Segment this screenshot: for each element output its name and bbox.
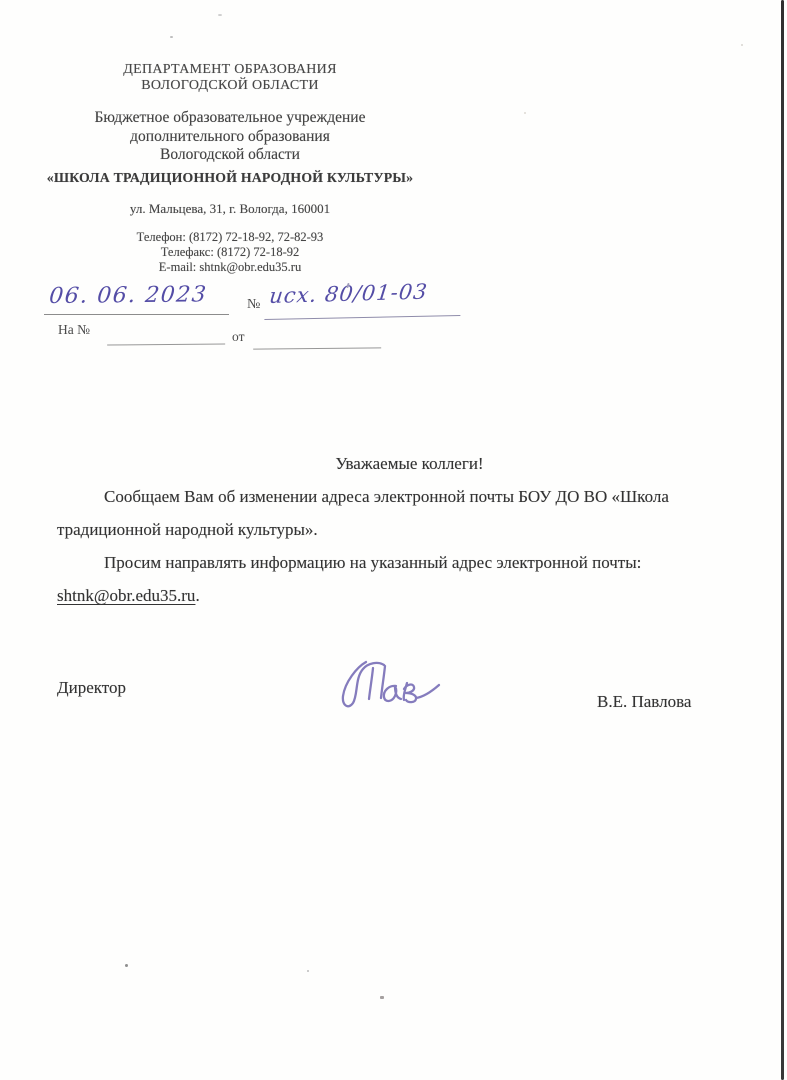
paragraph-email-change: Сообщаем Вам об изменении адреса электро… (57, 480, 715, 546)
contact-block: Телефон: (8172) 72-18-92, 72-82-93 Телеф… (30, 230, 430, 275)
phone-line: Телефон: (8172) 72-18-92, 72-82-93 (30, 230, 430, 245)
scan-speck (218, 14, 222, 16)
new-email-address: shtnk@obr.edu35.ru (57, 586, 195, 605)
paragraph-request-text: Просим направлять информацию на указанны… (104, 553, 641, 572)
letter-body: Уважаемые коллеги! Сообщаем Вам об измен… (57, 447, 715, 612)
organization-name: «ШКОЛА ТРАДИЦИОННОЙ НАРОДНОЙ КУЛЬТУРЫ» (30, 169, 430, 186)
department-name-line2: ВОЛОГОДСКОЙ ОБЛАСТИ (30, 78, 430, 94)
organization-type-line1: Бюджетное образовательное учреждение (30, 109, 430, 128)
scan-speck (125, 964, 128, 967)
reply-to-number-underline (107, 309, 225, 345)
organization-type-line2: дополнительного образования (30, 128, 430, 147)
signer-position-title: Директор (57, 678, 126, 698)
scan-speck (170, 36, 173, 38)
scan-speck (741, 44, 743, 46)
scan-edge-shadow (781, 0, 784, 1080)
reply-from-date-underline (253, 313, 381, 349)
scanned-letter-page: ДЕПАРТАМЕНТ ОБРАЗОВАНИЯ ВОЛОГОДСКОЙ ОБЛА… (0, 0, 787, 1080)
email-line: E-mail: shtnk@obr.edu35.ru (30, 260, 430, 275)
reply-to-number-label: На № (58, 322, 90, 338)
fax-line: Телефакс: (8172) 72-18-92 (30, 245, 430, 260)
signer-name: В.Е. Павлова (597, 692, 691, 712)
handwritten-signature (328, 652, 446, 728)
organization-type: Бюджетное образовательное учреждение доп… (30, 109, 430, 165)
paragraph-request: Просим направлять информацию на указанны… (57, 546, 715, 612)
reply-from-date-label: от (232, 329, 244, 345)
scan-speck (307, 970, 309, 972)
department-name-line1: ДЕПАРТАМЕНТ ОБРАЗОВАНИЯ (30, 62, 430, 78)
handwritten-date: 06. 06. 2023 (48, 282, 208, 309)
salutation: Уважаемые коллеги! (57, 447, 715, 480)
paragraph-request-period: . (195, 586, 199, 605)
organization-type-line3: Вологодской области (30, 146, 430, 165)
postal-address: ул. Мальцева, 31, г. Вологда, 160001 (30, 201, 430, 217)
letterhead: ДЕПАРТАМЕНТ ОБРАЗОВАНИЯ ВОЛОГОДСКОЙ ОБЛА… (30, 62, 430, 275)
number-sign-label: № (247, 297, 260, 313)
scan-speck (524, 112, 526, 114)
scan-speck (380, 996, 384, 999)
